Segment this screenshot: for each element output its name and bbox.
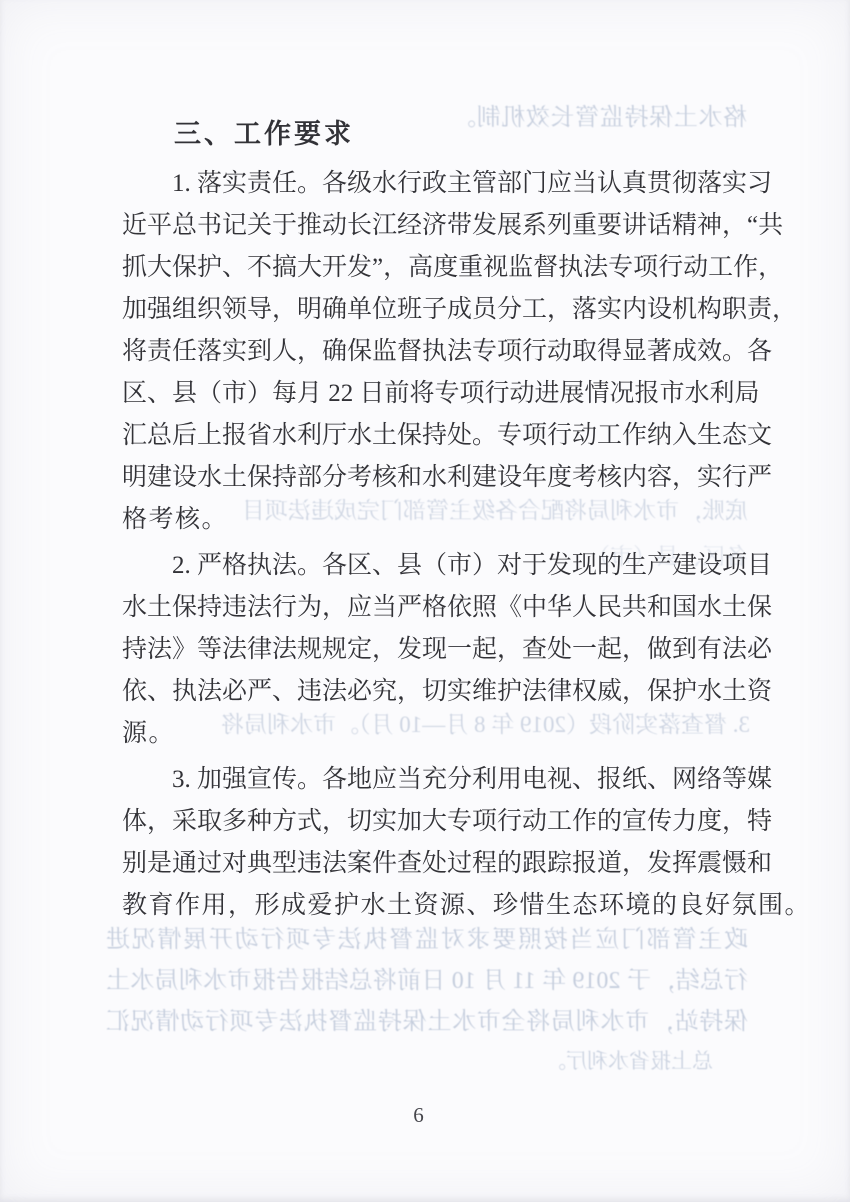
text-line: 体，采取多种方式，切实加大专项行动工作的宣传力度，特 [122, 801, 742, 843]
section-heading: 三、工作要求 [122, 112, 742, 156]
scanned-document-page: 格水土保持监管长效机制。 底账，市水利局将配合各级主管部门完成违法项目 各区、县… [0, 0, 850, 1202]
text-line: 近平总书记关于推动长江经济带发展系列重要讲话精神，“共 [122, 205, 742, 247]
paragraph-2: 2. 严格执法。各区、县（市）对于发现的生产建设项目 水土保持违法行为，应当严格… [122, 545, 742, 755]
text-line: 依、执法必严、违法必究，切实维护法律权威，保护水土资 [122, 671, 742, 713]
text-line: 1. 落实责任。各级水行政主管部门应当认真贯彻落实习 [122, 163, 742, 205]
text-line: 汇总后上报省水利厅水土保持处。专项行动工作纳入生态文 [122, 415, 742, 457]
text-line: 教育作用，形成爱护水土资源、珍惜生态环境的良好氛围。 [122, 885, 742, 927]
bleed-through-text: 行总结，于 2019 年 11 月 10 日前将总结报告报市水利局水土 [106, 966, 748, 996]
text-line: 水土保持违法行为，应当严格依照《中华人民共和国水土保 [122, 587, 742, 629]
text-line: 别是通过对典型违法案件查处过程的跟踪报道，发挥震慑和 [122, 843, 742, 885]
page-number: 6 [0, 1103, 838, 1128]
text-line: 源。 [122, 713, 742, 755]
text-line: 抓大保护、不搞大开发”，高度重视监督执法专项行动工作， [122, 247, 742, 289]
bleed-through-text: 保持站，市水利局将全市水土保持监督执法专项行动情况汇 [106, 1007, 748, 1037]
text-line: 将责任落实到人，确保监督执法专项行动取得显著成效。各 [122, 331, 742, 373]
document-body: 三、工作要求 1. 落实责任。各级水行政主管部门应当认真贯彻落实习 近平总书记关… [122, 112, 742, 927]
text-line: 格考核。 [122, 499, 742, 541]
paragraph-1: 1. 落实责任。各级水行政主管部门应当认真贯彻落实习 近平总书记关于推动长江经济… [122, 163, 742, 541]
bleed-through-text: 政主管部门应当按照要求对监督执法专项行动开展情况进 [106, 925, 748, 955]
bleed-through-text: 总上报省水利厅。 [545, 1048, 713, 1074]
text-line: 加强组织领导，明确单位班子成员分工，落实内设机构职责， [122, 289, 742, 331]
text-line: 明建设水土保持部分考核和水利建设年度考核内容，实行严 [122, 457, 742, 499]
text-line: 3. 加强宣传。各地应当充分利用电视、报纸、网络等媒 [122, 759, 742, 801]
text-line: 持法》等法律法规规定，发现一起，查处一起，做到有法必 [122, 629, 742, 671]
text-line: 2. 严格执法。各区、县（市）对于发现的生产建设项目 [122, 545, 742, 587]
paragraph-3: 3. 加强宣传。各地应当充分利用电视、报纸、网络等媒 体，采取多种方式，切实加大… [122, 759, 742, 927]
text-line: 区、县（市）每月 22 日前将专项行动进展情况报市水利局 [122, 373, 742, 415]
